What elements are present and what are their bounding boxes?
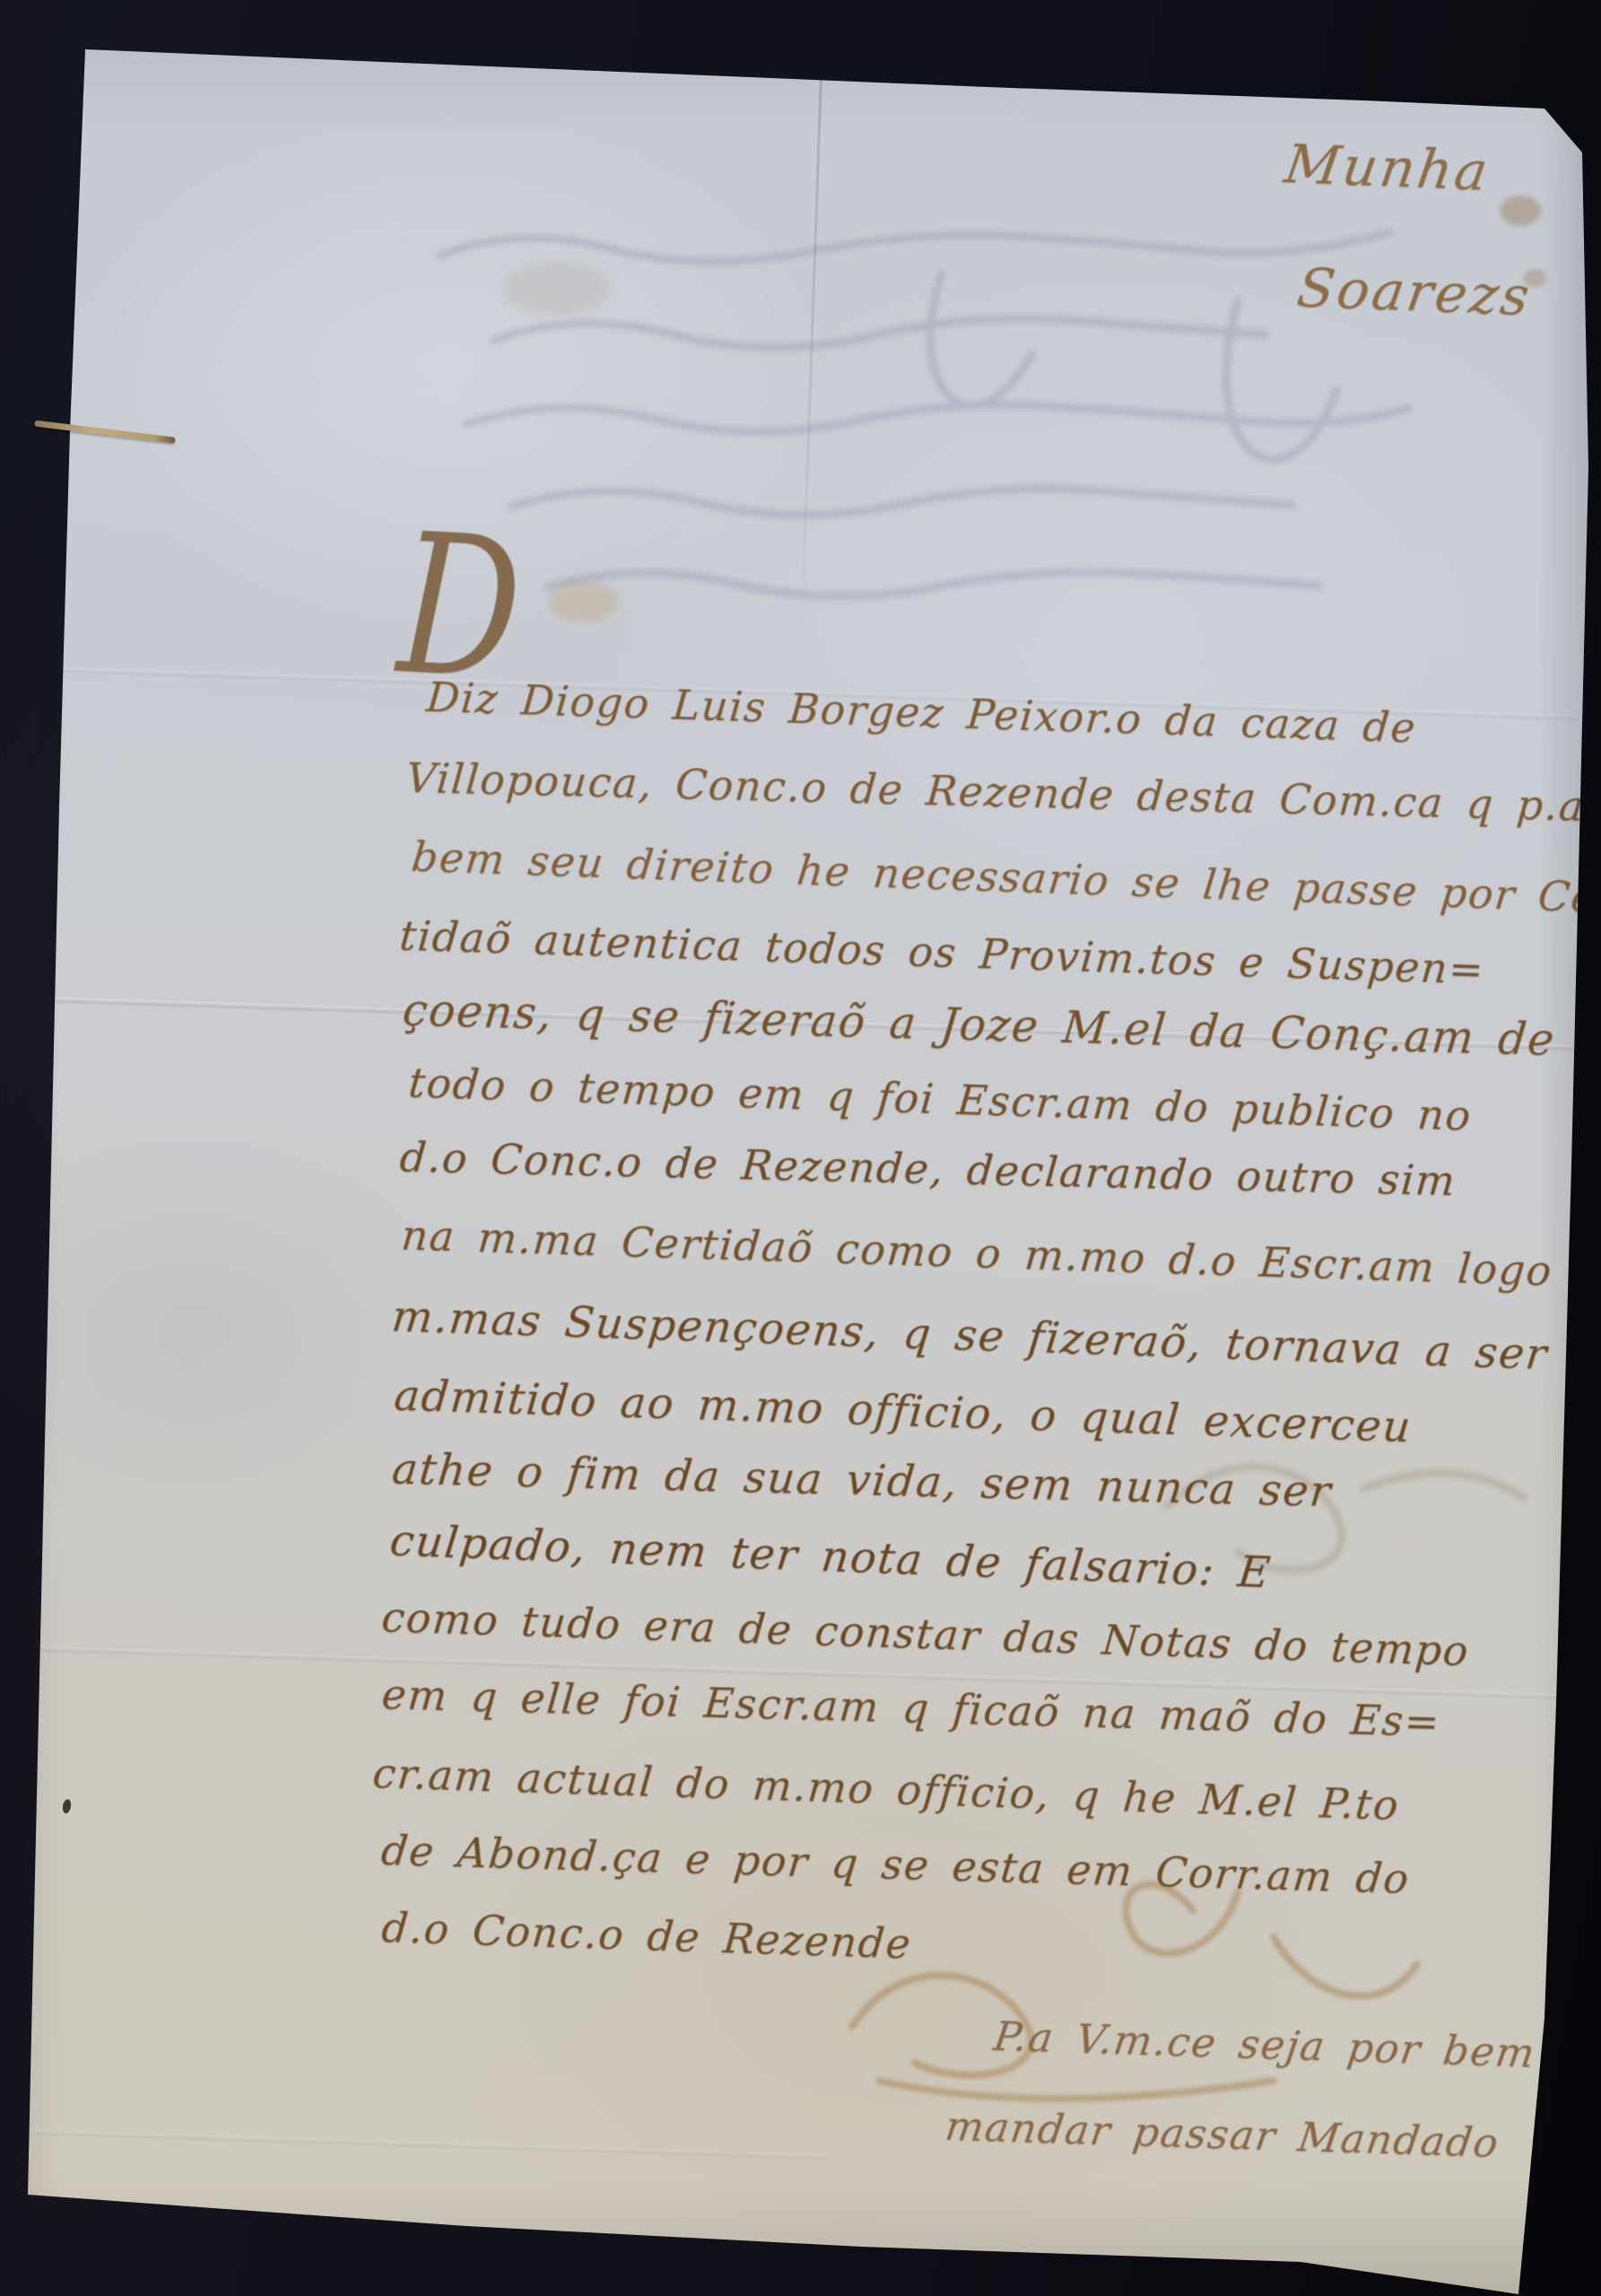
fold-crease — [18, 2129, 825, 2161]
fold-crease — [18, 666, 1578, 722]
ink-speck — [62, 1798, 73, 1813]
closing-line: mandar passar Mandado — [943, 2102, 1502, 2167]
initial-flourish: D — [394, 491, 527, 723]
paper-smudge — [502, 262, 610, 316]
vertical-crease — [799, 63, 822, 655]
annotation-name-line1: Munha — [1281, 133, 1494, 203]
bleedthrough-ghost-writing — [386, 193, 1444, 659]
manuscript-line: todo o tempo em q foi Escr.am do publico… — [406, 1058, 1474, 1140]
manuscript-line: na m.ma Certidaõ como o m.mo d.o Escr.am… — [399, 1211, 1601, 1299]
foxing-spot — [1500, 196, 1541, 226]
closing-line: P.a V.m.ce seja por bem — [991, 2013, 1539, 2077]
manuscript-line: d.o Conc.o de Rezende — [379, 1903, 913, 1968]
manuscript-line: admitido ao m.mo officio, o qual excerce… — [392, 1370, 1414, 1453]
manuscript-line: athe o fim da sua vida, sem nunca ser — [390, 1444, 1335, 1517]
manuscript-line: bem seu direito he necessario se lhe pas… — [409, 832, 1601, 924]
manuscript-line: de Abond.ça e por q se esta em Corr.am d… — [379, 1826, 1413, 1903]
manuscript-line: em q elle foi Escr.am q ficaõ na maõ do … — [380, 1670, 1442, 1746]
manuscript-line: çoens, q se fizeraõ a Joze M.el da Conç.… — [401, 985, 1558, 1066]
photo-background: Munha Soarezs D Diz Diogo Luis Borgez Pe… — [0, 0, 1601, 2296]
manuscript-line: d.o Conc.o de Rezende, declarando outro … — [398, 1133, 1457, 1205]
manuscript-line: tidaõ autentica todos os Provim.tos e Su… — [397, 911, 1486, 994]
fold-crease — [18, 1646, 1578, 1701]
annotation-name-line2: Soarezs — [1293, 257, 1536, 328]
manuscript-line: m.mas Suspençoens, q se fizeraõ, tornava… — [389, 1291, 1550, 1380]
ink-stain — [549, 581, 619, 622]
bleedthrough-ghost-loops — [1130, 1399, 1552, 1614]
bleedthrough-ghost-flourish — [771, 1857, 1453, 2126]
fold-crease — [18, 996, 1578, 1052]
manuscript-line: cr.am actual do m.mo officio, q he M.el … — [370, 1749, 1401, 1830]
foxing-spot — [1523, 269, 1546, 287]
manuscript-line: culpado, nem ter nota de falsario: E — [387, 1516, 1274, 1598]
manuscript-line: como tudo era de constar das Notas do te… — [379, 1593, 1471, 1675]
manuscript-line: Villopouca, Conc.o de Rezende desta Com.… — [405, 753, 1587, 831]
manuscript-page: Munha Soarezs D Diz Diogo Luis Borgez Pe… — [0, 0, 1601, 2296]
manuscript-line: Diz Diogo Luis Borgez Peixor.o da caza d… — [424, 673, 1418, 752]
